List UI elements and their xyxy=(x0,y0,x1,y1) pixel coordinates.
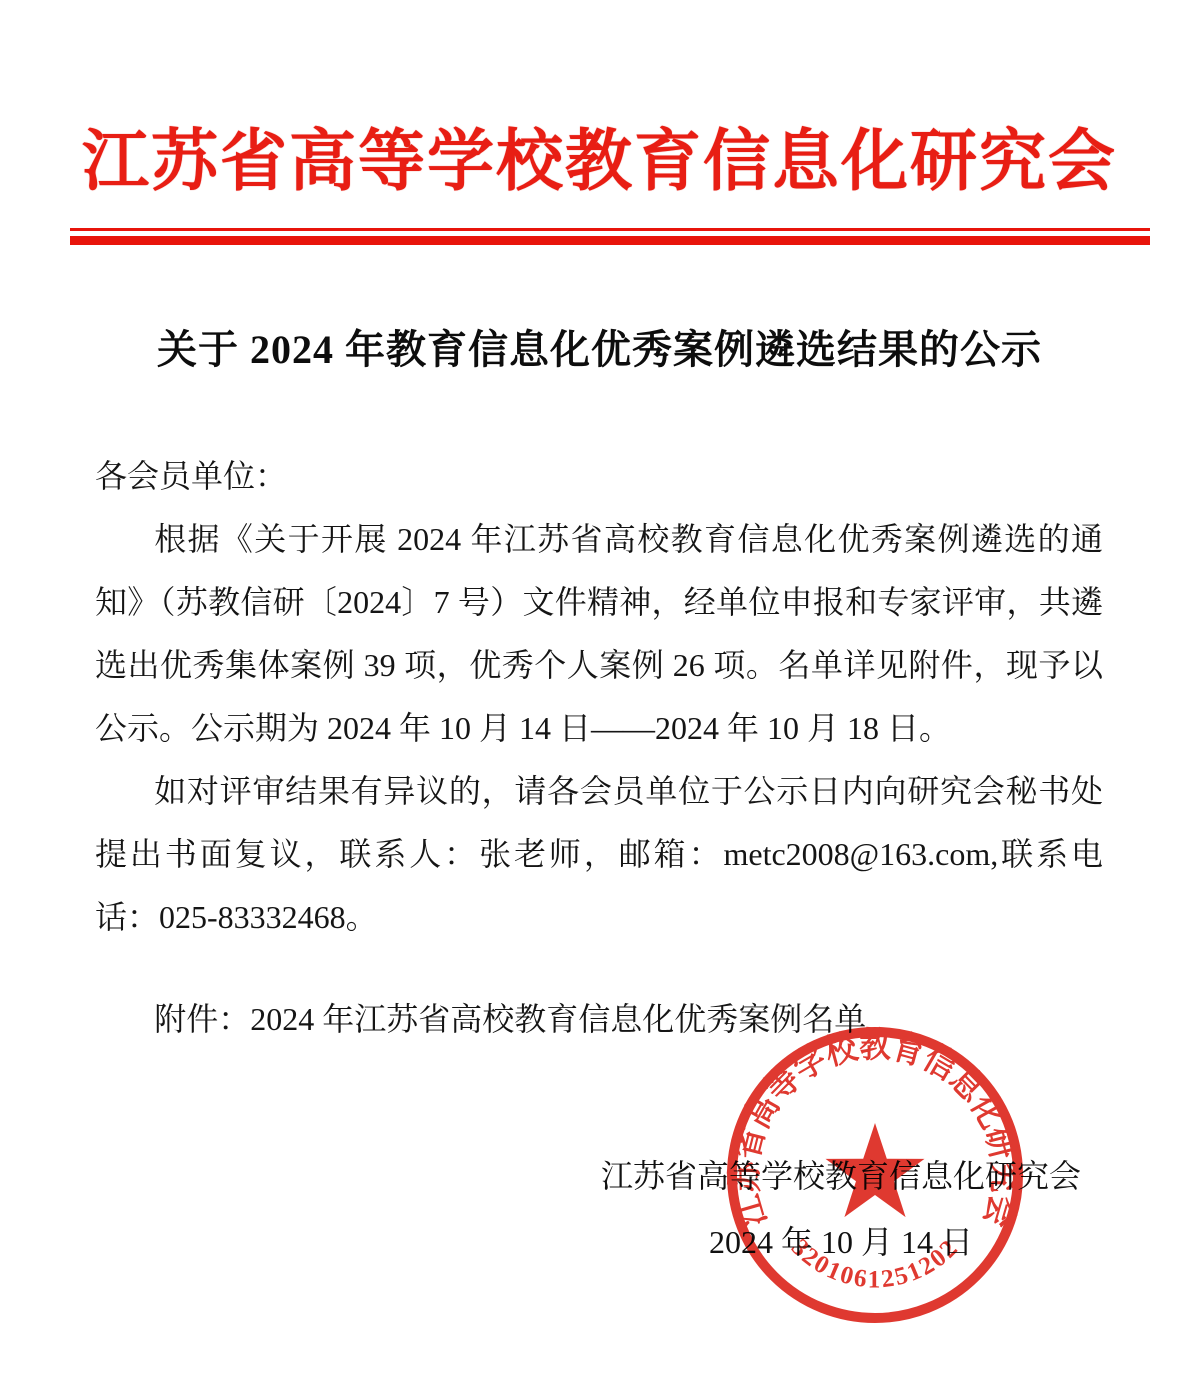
salutation-line: 各会员单位： xyxy=(95,445,1103,508)
seal-number-text: 3201061251202 xyxy=(786,1234,964,1293)
masthead-rule-thick-line xyxy=(70,236,1150,245)
body-paragraph-1: 根据《关于开展 2024 年江苏省高校教育信息化优秀案例遴选的通知》（苏教信研〔… xyxy=(95,508,1103,760)
official-seal: 江苏省高等学校教育信息化研究会 3201061251202 xyxy=(724,1024,1026,1326)
document-page: 江苏省高等学校教育信息化研究会 关于 2024 年教育信息化优秀案例遴选结果的公… xyxy=(0,0,1199,1379)
masthead-rule xyxy=(70,228,1150,245)
masthead: 江苏省高等学校教育信息化研究会 xyxy=(0,108,1199,204)
seal-star xyxy=(826,1123,925,1217)
body-paragraph-2: 如对评审结果有异议的，请各会员单位于公示日内向研究会秘书处提出书面复议，联系人：… xyxy=(95,760,1103,949)
document-body: 各会员单位： 根据《关于开展 2024 年江苏省高校教育信息化优秀案例遴选的通知… xyxy=(95,445,1103,1051)
document-title: 关于 2024 年教育信息化优秀案例遴选结果的公示 xyxy=(0,318,1199,375)
masthead-org-title: 江苏省高等学校教育信息化研究会 xyxy=(0,108,1199,204)
